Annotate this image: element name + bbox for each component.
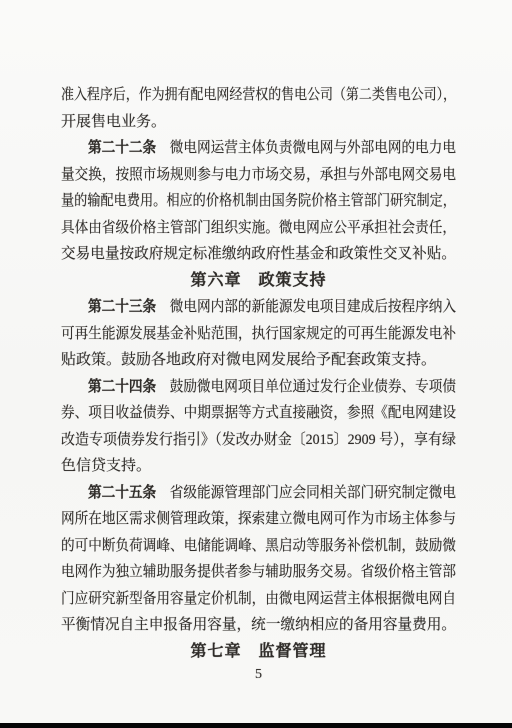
page-number: 5: [61, 667, 456, 683]
text-line: 改造专项债券发行指引》（发改办财金〔2015〕2909 号），享有绿: [61, 427, 456, 454]
chapter-heading: 第七章 监督管理: [61, 639, 456, 666]
text-line: 量的输配电费用。相应的价格机制由国务院价格主管部门研究制定，: [61, 188, 456, 215]
text-line: 第二十五条 省级能源管理部门应会同相关部门研究制定微电: [61, 480, 456, 507]
text-line: 的可中断负荷调峰、电储能调峰、黑启动等服务补偿机制，鼓励微: [61, 533, 456, 560]
text-line-content: 改造专项债券发行指引》（发改办财金〔2015〕2909 号），享有绿: [61, 427, 456, 454]
chapter-heading: 第六章 政策支持: [61, 268, 456, 295]
text-line-content: 可再生能源发展基金补贴范围，执行国家规定的可再生能源发电补: [61, 321, 456, 348]
text-line-content: 量交换，按照市场规则参与电力市场交易，承担与外部电网交易电: [61, 162, 456, 189]
text-line-content: 券、项目收益债券、中期票据等方式直接融资，参照《配电网建设: [61, 400, 456, 427]
text-line-content: 电网作为独立辅助服务提供者参与辅助服务交易。省级价格主管部: [61, 559, 456, 586]
text-line: 平衡情况自主申报备用容量，统一缴纳相应的备用容量费用。: [61, 612, 456, 639]
text-line-content: 平衡情况自主申报备用容量，统一缴纳相应的备用容量费用。: [61, 612, 456, 639]
text-line-content: 准入程序后，作为拥有配电网经营权的售电公司（第二类售电公司），: [61, 82, 456, 109]
text-line: 门应研究新型备用容量定价机制，由微电网运营主体根据微电网自: [61, 586, 456, 613]
text-line-content: 门应研究新型备用容量定价机制，由微电网运营主体根据微电网自: [61, 586, 456, 613]
text-line: 网所在地区需求侧管理政策，探索建立微电网可作为市场主体参与: [61, 506, 456, 533]
text-line: 电网作为独立辅助服务提供者参与辅助服务交易。省级价格主管部: [61, 559, 456, 586]
text-line: 量交换，按照市场规则参与电力市场交易，承担与外部电网交易电: [61, 162, 456, 189]
text-line: 券、项目收益债券、中期票据等方式直接融资，参照《配电网建设: [61, 400, 456, 427]
text-line: 第二十二条 微电网运营主体负责微电网与外部电网的电力电: [61, 135, 456, 162]
text-line-content: 色信贷支持。: [61, 453, 151, 480]
text-line-content: 具体由省级价格主管部门组织实施。微电网应公平承担社会责任，: [61, 215, 456, 242]
text-line-content: 第二十四条 鼓励微电网项目单位通过发行企业债券、专项债: [88, 374, 456, 401]
text-line-content: 第六章 政策支持: [190, 268, 326, 295]
text-line-content: 量的输配电费用。相应的价格机制由国务院价格主管部门研究制定，: [61, 188, 456, 215]
footer-bar: [0, 723, 512, 728]
text-line-content: 交易电量按政府规定标准缴纳政府性基金和政策性交叉补贴。: [61, 241, 456, 268]
article-number: 第二十四条: [88, 379, 156, 395]
text-line-content: 第二十二条 微电网运营主体负责微电网与外部电网的电力电: [88, 135, 456, 162]
text-line: 第二十三条 微电网内部的新能源发电项目建成后按程序纳入: [61, 294, 456, 321]
text-line: 可再生能源发展基金补贴范围，执行国家规定的可再生能源发电补: [61, 321, 456, 348]
article-number: 第二十五条: [88, 485, 156, 501]
text-line-content: 贴政策。鼓励各地政府对微电网发展给予配套政策支持。: [61, 347, 436, 374]
text-line-content: 第二十三条 微电网内部的新能源发电项目建成后按程序纳入: [88, 294, 456, 321]
text-line: 具体由省级价格主管部门组织实施。微电网应公平承担社会责任，: [61, 215, 456, 242]
text-line-content: 网所在地区需求侧管理政策，探索建立微电网可作为市场主体参与: [61, 506, 456, 533]
text-line-content: 开展售电业务。: [61, 109, 166, 136]
document-page: 准入程序后，作为拥有配电网经营权的售电公司（第二类售电公司），开展售电业务。第二…: [0, 0, 512, 728]
text-line-content: 第七章 监督管理: [190, 639, 326, 666]
text-line-content: 的可中断负荷调峰、电储能调峰、黑启动等服务补偿机制，鼓励微: [61, 533, 456, 560]
article-number: 第二十二条: [88, 140, 156, 156]
text-line: 准入程序后，作为拥有配电网经营权的售电公司（第二类售电公司），: [61, 82, 456, 109]
text-block: 准入程序后，作为拥有配电网经营权的售电公司（第二类售电公司），开展售电业务。第二…: [61, 82, 456, 665]
text-line: 开展售电业务。: [61, 109, 456, 136]
text-line: 色信贷支持。: [61, 453, 456, 480]
text-line: 贴政策。鼓励各地政府对微电网发展给予配套政策支持。: [61, 347, 456, 374]
article-number: 第二十三条: [88, 299, 156, 315]
text-line-content: 第二十五条 省级能源管理部门应会同相关部门研究制定微电: [88, 480, 456, 507]
text-line: 交易电量按政府规定标准缴纳政府性基金和政策性交叉补贴。: [61, 241, 456, 268]
text-line: 第二十四条 鼓励微电网项目单位通过发行企业债券、专项债: [61, 374, 456, 401]
